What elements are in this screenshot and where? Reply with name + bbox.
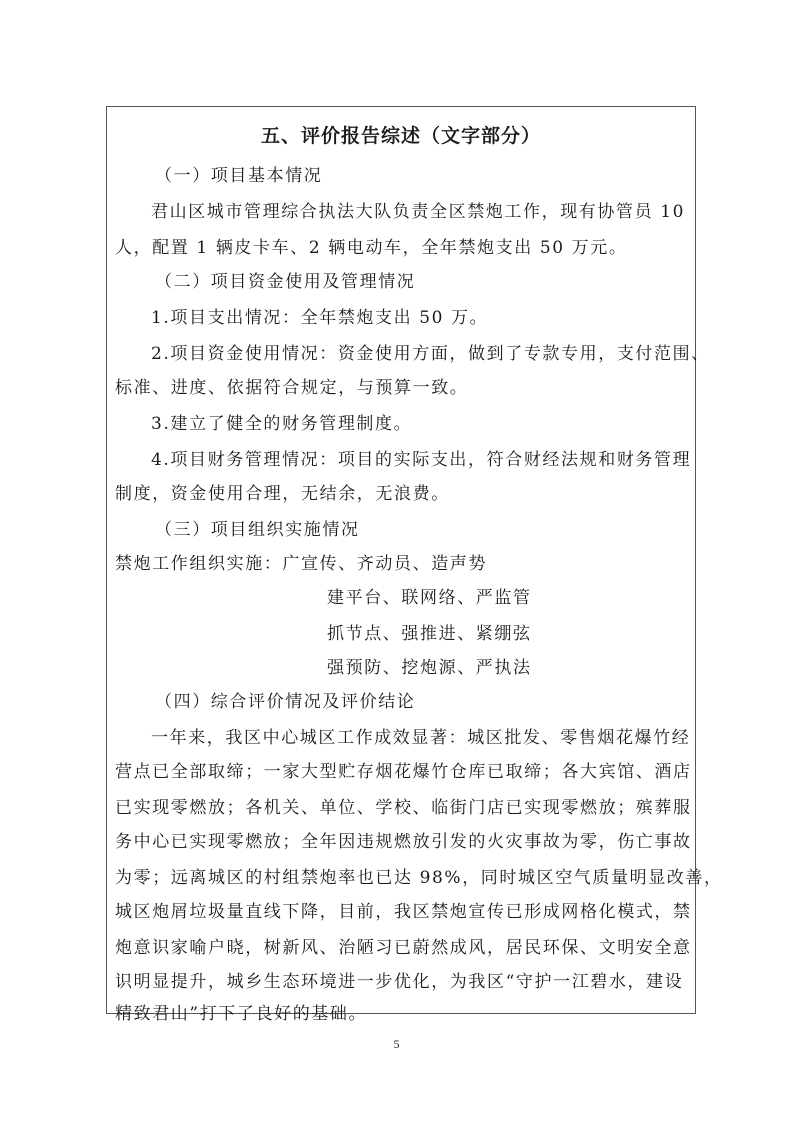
funds-line-2: 2.项目资金使用情况：资金使用方面，做到了专款专用，支付范围、 bbox=[151, 339, 710, 364]
basic-heading: （一）项目基本情况 bbox=[155, 161, 322, 186]
funds-line-1: 1.项目支出情况：全年禁炮支出 50 万。 bbox=[151, 303, 488, 328]
funds-heading: （二）项目资金使用及管理情况 bbox=[155, 267, 415, 292]
implementation-item-1: 建平台、联网络、严监管 bbox=[327, 583, 532, 608]
funds-line-5: 4.项目财务管理情况：项目的实际支出，符合财经法规和财务管理 bbox=[151, 445, 691, 470]
implementation-lead: 禁炮工作组织实施：广宣传、齐动员、造声势 bbox=[115, 549, 487, 574]
implementation-item-2: 抓节点、强推进、紧绷弦 bbox=[327, 619, 532, 644]
evaluation-line-3: 已实现零燃放；各机关、单位、学校、临街门店已实现零燃放；殡葬服 bbox=[115, 793, 692, 818]
funds-line-4: 3.建立了健全的财务管理制度。 bbox=[151, 409, 412, 434]
page-number: 5 bbox=[0, 1037, 793, 1052]
funds-line-6: 制度，资金使用合理，无结余，无浪费。 bbox=[115, 479, 450, 504]
implementation-heading: （三）项目组织实施情况 bbox=[155, 515, 360, 540]
evaluation-line-2: 营点已全部取缔；一家大型贮存烟花爆竹仓库已取缔；各大宾馆、酒店 bbox=[115, 757, 692, 782]
implementation-item-3: 强预防、挖炮源、严执法 bbox=[327, 653, 532, 678]
section-title: 五、评价报告综述（文字部分） bbox=[107, 121, 695, 148]
funds-line-3: 标准、进度、依据符合规定，与预算一致。 bbox=[115, 373, 468, 398]
report-frame: 五、评价报告综述（文字部分） （一）项目基本情况 君山区城市管理综合执法大队负责… bbox=[106, 106, 696, 1014]
evaluation-line-5: 为零；远离城区的村组禁炮率也已达 98%，同时城区空气质量明显改善， bbox=[115, 863, 723, 888]
evaluation-line-7: 炮意识家喻户晓，树新风、治陋习已蔚然成风，居民环保、文明安全意 bbox=[115, 933, 692, 958]
evaluation-heading: （四）综合评价情况及评价结论 bbox=[155, 687, 415, 712]
basic-line-1: 君山区城市管理综合执法大队负责全区禁炮工作，现有协管员 10 bbox=[151, 197, 685, 222]
evaluation-line-6: 城区炮屑垃圾量直线下降，目前，我区禁炮宣传已形成网格化模式，禁 bbox=[115, 897, 692, 922]
evaluation-line-8: 识明显提升，城乡生态环境进一步优化，为我区“守护一江碧水，建设 bbox=[115, 967, 683, 992]
evaluation-line-4: 务中心已实现零燃放；全年因违规燃放引发的火灾事故为零，伤亡事故 bbox=[115, 827, 692, 852]
evaluation-line-9: 精致君山”打下了良好的基础。 bbox=[115, 999, 367, 1024]
evaluation-line-1: 一年来，我区中心城区工作成效显著：城区批发、零售烟花爆竹经 bbox=[151, 723, 690, 748]
basic-line-2: 人，配置 1 辆皮卡车、2 辆电动车，全年禁炮支出 50 万元。 bbox=[115, 233, 627, 258]
